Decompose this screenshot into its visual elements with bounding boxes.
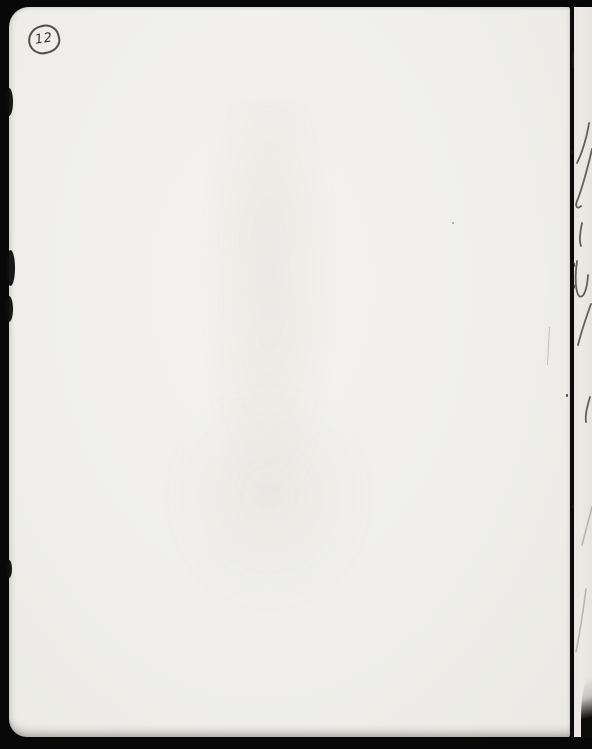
handwriting-stroke bbox=[578, 304, 591, 345]
dust-speck bbox=[571, 150, 573, 155]
dust-speck bbox=[572, 284, 575, 289]
notebook-page: 12 bbox=[9, 7, 570, 737]
paper-scratch bbox=[547, 327, 550, 365]
page-number: 12 bbox=[34, 30, 53, 47]
handwriting-stroke bbox=[586, 397, 590, 422]
binding-edge-blob bbox=[5, 88, 13, 116]
dust-speck bbox=[566, 394, 568, 397]
binding-edge-blob bbox=[5, 296, 13, 322]
dust-speck bbox=[572, 52, 574, 68]
binding-edge-blob bbox=[6, 560, 12, 578]
handwriting-stroke bbox=[576, 261, 588, 297]
dust-speck bbox=[572, 505, 574, 508]
binding-edge-blob bbox=[6, 250, 15, 286]
handwriting-stroke-faint bbox=[582, 507, 592, 545]
paper-smudge bbox=[159, 377, 379, 617]
dust-speck bbox=[573, 263, 575, 267]
dust-speck bbox=[452, 222, 454, 224]
handwriting-stroke-faint bbox=[576, 589, 586, 652]
paper-smudge bbox=[199, 102, 339, 532]
next-page-edge bbox=[574, 7, 592, 737]
handwriting-stroke bbox=[577, 123, 589, 163]
scanned-notebook-photo: 12 bbox=[0, 0, 592, 749]
page-number-badge: 12 bbox=[25, 22, 63, 58]
handwriting-stroke bbox=[580, 223, 582, 246]
handwriting-marks bbox=[574, 7, 592, 737]
